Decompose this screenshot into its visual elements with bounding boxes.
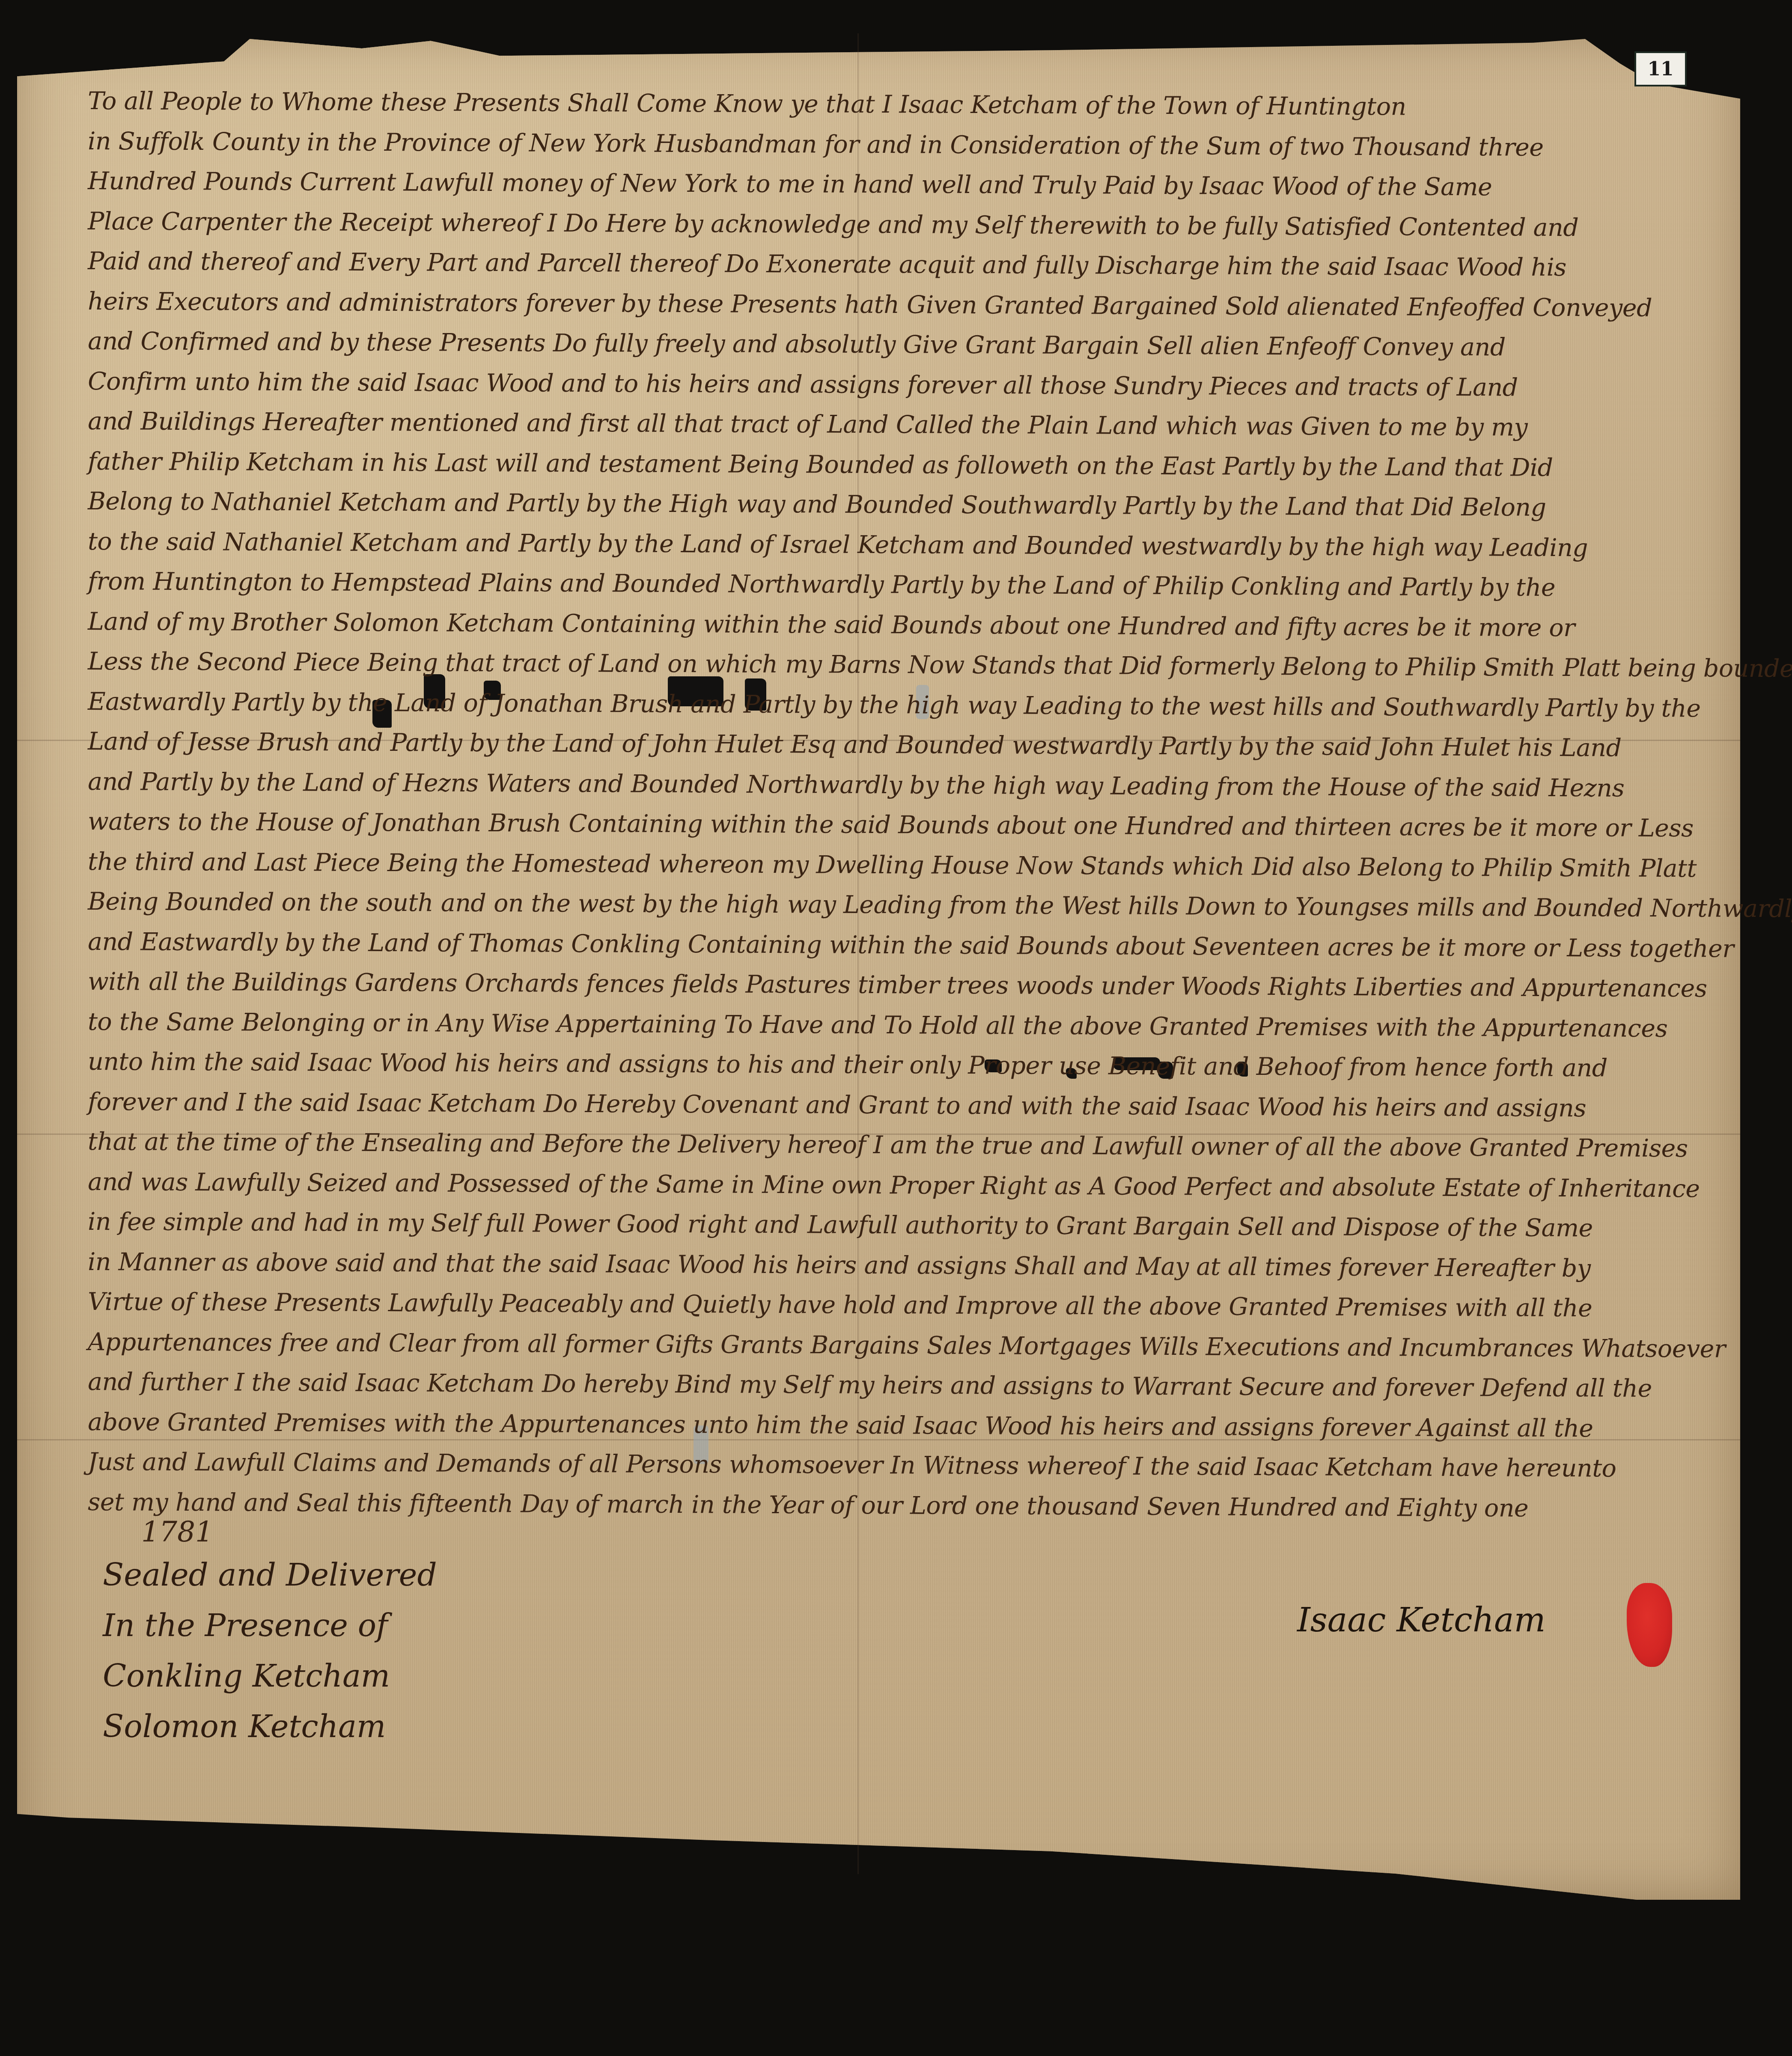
deed-line: Appurtenances free and Clear from all fo… [88, 1322, 1744, 1369]
deed-line: and Partly by the Land of Hezns Waters a… [88, 762, 1744, 809]
witness-signature: Solomon Ketcham [103, 1701, 437, 1752]
deed-line: Hundred Pounds Current Lawfull money of … [88, 161, 1744, 208]
deed-line: and Confirmed and by these Presents Do f… [88, 321, 1744, 369]
deed-line: and further I the said Isaac Ketcham Do … [88, 1362, 1744, 1409]
deed-line: waters to the House of Jonathan Brush Co… [88, 802, 1744, 849]
deed-line: To all People to Whome these Presents Sh… [88, 81, 1744, 128]
witness-block: Sealed and Delivered In the Presence of … [103, 1550, 437, 1752]
deed-line: forever and I the said Isaac Ketcham Do … [88, 1082, 1744, 1129]
grantor-signature: Isaac Ketcham [1297, 1601, 1545, 1639]
deed-line: that at the time of the Ensealing and Be… [88, 1122, 1744, 1169]
year-note: 1781 [141, 1515, 213, 1548]
deed-line: Eastwardly Partly by the Land of Jonatha… [88, 682, 1744, 729]
deed-line: to the said Nathaniel Ketcham and Partly… [88, 522, 1744, 569]
deed-line: Land of Jesse Brush and Partly by the La… [88, 722, 1744, 769]
deed-line: in Manner as above said and that the sai… [88, 1242, 1744, 1289]
deed-line: Less the Second Piece Being that tract o… [88, 642, 1744, 689]
deed-line: and was Lawfully Seized and Possessed of… [88, 1162, 1744, 1209]
witness-signature: Conkling Ketcham [103, 1651, 437, 1701]
deed-line: set my hand and Seal this fifteenth Day … [88, 1482, 1744, 1529]
deed-line: in fee simple and had in my Self full Po… [88, 1202, 1744, 1249]
deed-line: Confirm unto him the said Isaac Wood and… [88, 362, 1744, 409]
deed-body-text: To all People to Whome these Presents Sh… [88, 81, 1744, 1522]
deed-line: Land of my Brother Solomon Ketcham Conta… [88, 602, 1744, 649]
deed-line: Virtue of these Presents Lawfully Peacea… [88, 1282, 1744, 1329]
deed-line: Belong to Nathaniel Ketcham and Partly b… [88, 482, 1744, 529]
deed-line: Just and Lawfull Claims and Demands of a… [88, 1442, 1744, 1489]
deed-line: unto him the said Isaac Wood his heirs a… [88, 1042, 1744, 1089]
deed-line: in Suffolk County in the Province of New… [88, 122, 1744, 169]
deed-line: the third and Last Piece Being the Homes… [88, 842, 1744, 889]
deed-line: above Granted Premises with the Appurten… [88, 1402, 1744, 1449]
deed-line: and Eastwardly by the Land of Thomas Con… [88, 922, 1744, 969]
deed-line: to the Same Belonging or in Any Wise App… [88, 1002, 1744, 1049]
deed-line: Paid and thereof and Every Part and Parc… [88, 241, 1744, 289]
deed-line: from Huntington to Hempstead Plains and … [88, 562, 1744, 609]
deed-line: father Philip Ketcham in his Last will a… [88, 442, 1744, 489]
deed-line: and Buildings Hereafter mentioned and fi… [88, 402, 1744, 449]
deed-line: Being Bounded on the south and on the we… [88, 882, 1744, 929]
deed-line: Place Carpenter the Receipt whereof I Do… [88, 202, 1744, 249]
deed-line: heirs Executors and administrators forev… [88, 282, 1744, 329]
presence-of-label: In the Presence of [103, 1600, 437, 1651]
sealed-delivered-label: Sealed and Delivered [103, 1550, 437, 1600]
deed-line: with all the Buildings Gardens Orchards … [88, 962, 1744, 1009]
